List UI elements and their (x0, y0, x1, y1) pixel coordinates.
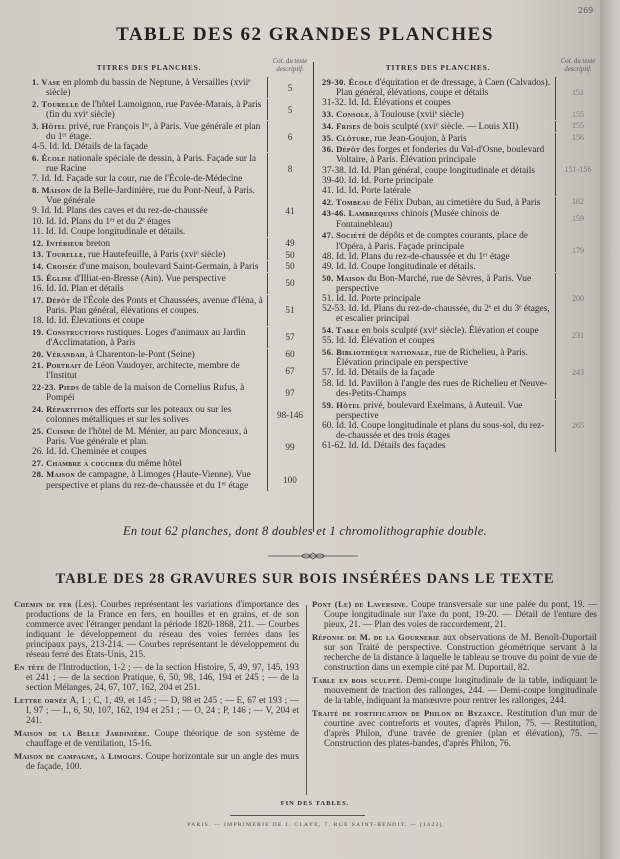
plate-entry-line: 24. Répartition des efforts sur les pote… (32, 404, 263, 425)
engraving-subject: Chemin de fer (14, 599, 72, 609)
engraving-entry: Réponse de M. de la Gournerie aux observ… (312, 632, 597, 672)
plate-entry-line: 47. Société de dépôts et de comptes cour… (322, 230, 551, 251)
plate-entry-row: 43-46. Lambrequins chinois (Musée chinoi… (320, 208, 600, 229)
plate-entry-line: 4-5. Id. Id. Détails de la façade (32, 142, 263, 152)
plate-description: nationale spéciale de dessin, à Paris. F… (46, 154, 256, 174)
plate-description: en bois sculpté (xviᵉ siècle). Élévation… (360, 326, 539, 336)
plate-entry-text: 14. Croisée d'une maison, boulevard Sain… (30, 261, 268, 272)
plate-entry-line: 49. Id. Id. Coupe longitudinale et détai… (322, 262, 551, 272)
plate-entry-row: 25. Cuisine de l'hôtel de M. Ménier, au … (30, 426, 312, 469)
plate-entry-text: 35. Clôture, rue Jean-Goujon, à Paris (320, 133, 556, 144)
engraving-subject: Maison de la Belle Jardinière (14, 728, 147, 738)
plate-entry-text: 28. Maison de campagne, à Limoges (Haute… (30, 469, 268, 490)
plate-entry-text: 36. Dépôt des forges et fonderies du Val… (320, 144, 556, 196)
plate-entry-text: 59. Hôtel privé, boulevard Exelmans, à A… (320, 400, 556, 452)
plate-entry-row: 34. Frises de bois sculpté (xviᵉ siècle.… (320, 121, 600, 132)
plate-subject: 17. Dépôt (32, 295, 70, 305)
plate-entry-text: 50. Maison du Bon-Marché, rue de Sèvres,… (320, 273, 556, 325)
plate-entry-line: 60. Id. Id. Coupe longitudinale et plans… (322, 421, 551, 441)
column-header: TITRES DES PLANCHES. Col. du texte descr… (30, 58, 312, 73)
plate-entry-line: 57. Id. Id. Détails de la façade (322, 368, 551, 378)
engraving-entry: Maison de campagne, à Limoges. Coupe hor… (14, 751, 299, 771)
plate-entry-line: 21. Portrait de Léon Vaudoyer, architect… (32, 360, 263, 381)
plate-description: d'une maison, boulevard Saint-Germain, à… (77, 262, 258, 272)
planches-list-left: 1. Vase en plomb du bassin de Neptune, à… (30, 77, 312, 491)
plate-description: , rue Hautefeuille, à Paris (xviᵉ siècle… (83, 250, 225, 260)
page-number: 269 (578, 6, 593, 15)
engraving-entry: En tête de l'Introduction, 1-2 ; — de la… (14, 662, 299, 692)
plate-description: 48. Id. Id. Plans du rez-de-chaussée et … (322, 252, 510, 262)
plate-subject: 21. Portrait (32, 360, 82, 370)
plate-page-ref: 100 (268, 475, 312, 485)
plate-description: 55. Id. Id. Élévation et coupes (322, 336, 434, 346)
page-col-header: Col. du texte descriptif. (556, 58, 600, 73)
plate-subject: 1. Vase (32, 77, 60, 87)
titles-header: TITRES DES PLANCHES. (30, 63, 268, 73)
plate-description: de l'hôtel Lamoignon, rue Pavée-Marais, … (46, 100, 261, 120)
plate-subject: 56. Bibliothèque nationale (322, 347, 429, 357)
plate-entry-row: 20. Vérandah, à Charenton-le-Pont (Seine… (30, 349, 312, 360)
plate-entry-line: 3. Hôtel privé, rue François Iᵉʳ, à Pari… (32, 121, 263, 142)
plate-entry-line: 27. Chambre à coucher du même hôtel (32, 458, 263, 469)
plate-description: 58. Id. Id. Pavillon à l'angle des rues … (322, 379, 547, 399)
plate-page-ref: 50 (268, 261, 312, 271)
plate-subject: 2. Tourelle (32, 99, 79, 109)
plate-description: breton (84, 239, 110, 249)
plate-subject: 24. Répartition (32, 404, 93, 414)
plate-entry-text: 43-46. Lambrequins chinois (Musée chinoi… (320, 208, 556, 229)
plate-entry-row: 35. Clôture, rue Jean-Goujon, à Paris156 (320, 133, 600, 144)
plate-subject: 43-46. Lambrequins (322, 208, 399, 218)
titles-header: TITRES DES PLANCHES. (320, 63, 556, 73)
planches-table-title: TABLE DES 62 GRANDES PLANCHES (0, 24, 610, 46)
plate-page-ref: 200 (556, 294, 600, 304)
plate-description: 49. Id. Id. Coupe longitudinale et détai… (322, 262, 476, 272)
plate-description: de l'hôtel de M. Ménier, au parc Monceau… (46, 427, 248, 447)
plate-entry-row: 6. École nationale spéciale de dessin, à… (30, 153, 312, 185)
plate-entry-line: 51. Id. Id. Porte principale (322, 294, 551, 304)
plate-subject: 28. Maison (32, 469, 75, 479)
plate-entry-line: 2. Tourelle de l'hôtel Lamoignon, rue Pa… (32, 99, 263, 120)
printer-imprint: PARIS. — IMPRIMERIE DE J. CLAYE, 7, RUE … (0, 822, 620, 828)
plate-subject: 36. Dépôt (322, 144, 360, 154)
plate-page-ref: 179 (556, 246, 600, 256)
gravures-column-left: Chemin de fer (Les). Courbes représentan… (14, 599, 299, 774)
plate-entry-line: 33. Console, à Toulouse (xviiᵉ siècle) (322, 109, 551, 120)
plate-entry-line: 28. Maison de campagne, à Limoges (Haute… (32, 469, 263, 490)
plate-entry-line: 54. Table en bois sculpté (xviᵉ siècle).… (322, 325, 551, 336)
plate-subject: 54. Table (322, 325, 360, 335)
plate-entry-row: 2. Tourelle de l'hôtel Lamoignon, rue Pa… (30, 99, 312, 120)
plate-entry-text: 47. Société de dépôts et de comptes cour… (320, 230, 556, 272)
plate-entry-text: 25. Cuisine de l'hôtel de M. Ménier, au … (30, 426, 268, 469)
plate-entry-line: 48. Id. Id. Plans du rez-de-chaussée et … (322, 252, 551, 262)
plate-description: 9. Id. Id. Plans des caves et du rez-de-… (32, 206, 208, 216)
plate-entry-text: 2. Tourelle de l'hôtel Lamoignon, rue Pa… (30, 99, 268, 120)
plate-page-ref: 60 (268, 349, 312, 359)
plate-entry-line: 1. Vase en plomb du bassin de Neptune, à… (32, 77, 263, 98)
plate-entry-text: 8. Maison de la Belle-Jardinière, rue du… (30, 185, 268, 237)
plate-subject: 27. Chambre à coucher (32, 458, 124, 468)
plate-entry-text: 3. Hôtel privé, rue François Iᵉʳ, à Pari… (30, 121, 268, 153)
plate-entry-text: 17. Dépôt de l'École des Ponts et Chauss… (30, 295, 268, 327)
plate-description: privé, rue François Iᵉʳ, à Paris. Vue gé… (46, 122, 260, 142)
book-page: 269 TABLE DES 62 GRANDES PLANCHES TITRES… (0, 0, 600, 859)
plate-page-ref: 162 (556, 197, 600, 207)
plate-entry-line: 19. Constructions rustiques. Loges d'ani… (32, 327, 263, 348)
plate-description: 7. Id. Id. Façade sur la cour, rue de l'… (32, 174, 242, 184)
plate-entry-row: 50. Maison du Bon-Marché, rue de Sèvres,… (320, 273, 600, 325)
engraving-entry: Table en bois sculpté. Demi-coupe longit… (312, 675, 597, 705)
plate-entry-text: 24. Répartition des efforts sur les pote… (30, 404, 268, 425)
plate-entry-line: 16. Id. Id. Plan et détails (32, 284, 263, 294)
plate-entry-line: 15. Église d'Illiat-en-Bresse (Ain). Vue… (32, 273, 263, 284)
plate-entry-row: 28. Maison de campagne, à Limoges (Haute… (30, 469, 312, 490)
plate-entry-row: 54. Table en bois sculpté (xviᵉ siècle).… (320, 325, 600, 346)
plate-entry-row: 13. Tourelle, rue Hautefeuille, à Paris … (30, 249, 312, 260)
plate-entry-text: 29-30. École d'équitation et de dressage… (320, 77, 556, 109)
planches-column-right: TITRES DES PLANCHES. Col. du texte descr… (320, 58, 600, 452)
plate-entry-line: 43-46. Lambrequins chinois (Musée chinoi… (322, 208, 551, 229)
plate-page-ref: 99 (268, 442, 312, 452)
plate-subject: 29-30. École (322, 77, 373, 87)
plate-description: , à Toulouse (xviiᵉ siècle) (369, 110, 464, 120)
engraving-description: de l'Introduction, 1-2 ; — de la section… (26, 662, 299, 692)
plate-subject: 15. Église (32, 273, 72, 283)
plate-description: 57. Id. Id. Détails de la façade (322, 368, 435, 378)
plate-subject: 6. École (32, 153, 66, 163)
plate-entry-line: 13. Tourelle, rue Hautefeuille, à Paris … (32, 249, 263, 260)
engraving-subject: Pont (Le) de Laversine (312, 599, 406, 609)
engraving-subject: Table en bois sculpté (312, 675, 400, 685)
plate-entry-text: 54. Table en bois sculpté (xviᵉ siècle).… (320, 325, 556, 346)
plate-entry-row: 33. Console, à Toulouse (xviiᵉ siècle)15… (320, 109, 600, 120)
plate-entry-line: 36. Dépôt des forges et fonderies du Val… (322, 144, 551, 165)
plate-page-ref: 41 (268, 206, 312, 216)
plate-description: 52-53. Id. Id. Plans du rez-de-chaussée,… (322, 304, 550, 324)
plate-subject: 19. Constructions (32, 327, 104, 337)
plate-page-ref: 243 (556, 368, 600, 378)
column-header: TITRES DES PLANCHES. Col. du texte descr… (320, 58, 600, 73)
plate-entry-line: 18. Id. Id. Élevations et coupe (32, 316, 263, 326)
engraving-subject: Lettre ornée (14, 695, 67, 705)
plate-description: 31-32. Id. Id. Élévations et coupes (322, 98, 451, 108)
plate-entry-row: 56. Bibliothèque nationale, rue de Riche… (320, 347, 600, 399)
plate-entry-line: 56. Bibliothèque nationale, rue de Riche… (322, 347, 551, 368)
plate-description: 41. Id. Id. Porte latérale (322, 186, 411, 196)
plate-description: 51. Id. Id. Porte principale (322, 294, 421, 304)
plate-entry-line: 31-32. Id. Id. Élévations et coupes (322, 98, 551, 108)
plate-page-ref: 50 (268, 250, 312, 260)
plate-entry-text: 12. Intérieur breton (30, 238, 268, 249)
plate-description: 37-38. Id. Id. Plan général, coupe longi… (322, 166, 535, 176)
plate-page-ref: 159 (556, 214, 600, 224)
book-spine-shadow (600, 0, 620, 859)
planches-list-right: 29-30. École d'équitation et de dressage… (320, 77, 600, 452)
plate-page-ref: 5 (268, 83, 312, 93)
plate-entry-line: 26. Id. Id. Cheminée et coupes (32, 447, 263, 457)
plate-subject: 20. Vérandah (32, 349, 85, 359)
plate-subject: 42. Tombeau (322, 197, 371, 207)
engraving-subject: Traité de fortification de Philon de Byz… (312, 708, 501, 718)
plate-entry-line: 25. Cuisine de l'hôtel de M. Ménier, au … (32, 426, 263, 447)
plate-entry-text: 19. Constructions rustiques. Loges d'ani… (30, 327, 268, 348)
plate-entry-line: 41. Id. Id. Porte latérale (322, 186, 551, 196)
plate-description: 26. Id. Id. Cheminée et coupes (32, 447, 147, 457)
plate-description: de la Belle-Jardinière, rue du Pont-Neuf… (46, 186, 255, 206)
plate-entry-line: 58. Id. Id. Pavillon à l'angle des rues … (322, 379, 551, 399)
plate-entry-row: 22-23. Pieds de table de la maison de Co… (30, 382, 312, 403)
plate-entry-line: 6. École nationale spéciale de dessin, à… (32, 153, 263, 174)
plate-subject: 35. Clôture (322, 133, 370, 143)
planches-summary: En tout 62 planches, dont 8 doubles et 1… (0, 524, 610, 539)
engraving-description: A, 1 ; C, 1, 49, et 145 ; — D, 98 et 245… (26, 695, 299, 725)
plate-subject: 22-23. Pieds (32, 382, 79, 392)
plate-entry-line: 52-53. Id. Id. Plans du rez-de-chaussée,… (322, 304, 551, 324)
plate-entry-row: 36. Dépôt des forges et fonderies du Val… (320, 144, 600, 196)
plate-entry-row: 42. Tombeau de Félix Duban, au cimetière… (320, 197, 600, 208)
plate-page-ref: 51 (268, 305, 312, 315)
plate-page-ref: 97 (268, 388, 312, 398)
engraving-subject: Réponse de M. de la Gournerie (312, 632, 440, 642)
plate-description: du même hôtel (124, 459, 182, 469)
plate-entry-line: 7. Id. Id. Façade sur la cour, rue de l'… (32, 174, 263, 184)
engraving-subject: En tête (14, 662, 45, 672)
engraving-entry: Maison de la Belle Jardinière. Coupe thé… (14, 728, 299, 748)
engraving-entry: Traité de fortification de Philon de Byz… (312, 708, 597, 748)
plate-page-ref: 57 (268, 332, 312, 342)
plate-description: des forges et fonderies du Val-d'Osne, b… (336, 145, 544, 165)
plate-page-ref: 6 (268, 132, 312, 142)
plate-entry-line: 22-23. Pieds de table de la maison de Co… (32, 382, 263, 403)
plate-description: en plomb du bassin de Neptune, à Versail… (46, 78, 251, 98)
plate-entry-line: 11. Id. Id. Coupe longitudinale et détai… (32, 227, 263, 237)
plate-page-ref: 265 (556, 421, 600, 431)
plate-entry-text: 56. Bibliothèque nationale, rue de Riche… (320, 347, 556, 399)
plate-description: du Bon-Marché, rue de Sèvres, à Paris. V… (336, 274, 531, 294)
plate-subject: 13. Tourelle (32, 249, 83, 259)
plate-entry-line: 12. Intérieur breton (32, 238, 263, 249)
plate-description: d'Illiat-en-Bresse (Ain). Vue perspectiv… (72, 274, 226, 284)
plate-page-ref: 151 (556, 88, 600, 98)
gravures-table-title: TABLE DES 28 GRAVURES SUR BOIS INSÉRÉES … (0, 571, 610, 588)
plate-entry-line: 50. Maison du Bon-Marché, rue de Sèvres,… (322, 273, 551, 294)
plate-description: de bois sculpté (xviᵉ siècle. — Louis XI… (360, 122, 518, 132)
plate-entry-text: 6. École nationale spéciale de dessin, à… (30, 153, 268, 185)
plate-page-ref: 5 (268, 105, 312, 115)
column-divider (306, 605, 307, 795)
plate-entry-text: 33. Console, à Toulouse (xviiᵉ siècle) (320, 109, 556, 120)
plate-entry-line: 35. Clôture, rue Jean-Goujon, à Paris (322, 133, 551, 144)
plate-subject: 12. Intérieur (32, 238, 84, 248)
plate-page-ref: 98-146 (268, 410, 312, 420)
engraving-entry: Lettre ornée A, 1 ; C, 1, 49, et 145 ; —… (14, 695, 299, 725)
plate-description: 39-40. Id. Id. Porte principale (322, 176, 433, 186)
end-of-tables: FIN DES TABLES. (0, 800, 620, 807)
plate-entry-text: 20. Vérandah, à Charenton-le-Pont (Seine… (30, 349, 268, 360)
plate-page-ref: 67 (268, 366, 312, 376)
plate-entry-row: 17. Dépôt de l'École des Ponts et Chauss… (30, 295, 312, 327)
plate-page-ref: 8 (268, 164, 312, 174)
planches-column-left: TITRES DES PLANCHES. Col. du texte descr… (30, 58, 312, 491)
plate-description: 61-62. Id. Id. Détails des façades (322, 441, 445, 451)
plate-entry-line: 14. Croisée d'une maison, boulevard Sain… (32, 261, 263, 272)
page-col-header: Col. du texte descriptif. (268, 58, 312, 73)
gravures-column-right: Pont (Le) de Laversine. Coupe transversa… (312, 599, 597, 751)
plate-entry-line: 17. Dépôt de l'École des Ponts et Chauss… (32, 295, 263, 316)
plate-entry-line: 55. Id. Id. Élévation et coupes (322, 336, 551, 346)
plate-entry-row: 8. Maison de la Belle-Jardinière, rue du… (30, 185, 312, 237)
plate-entry-line: 37-38. Id. Id. Plan général, coupe longi… (322, 166, 551, 176)
plate-subject: 14. Croisée (32, 261, 77, 271)
plate-description: de campagne, à Limoges (Haute-Vienne). V… (46, 470, 251, 490)
plate-entry-line: 20. Vérandah, à Charenton-le-Pont (Seine… (32, 349, 263, 360)
plate-page-ref: 155 (556, 121, 600, 131)
engraving-subject: Maison de campagne, à Limoges (14, 751, 141, 761)
plate-subject: 8. Maison (32, 185, 70, 195)
plate-subject: 33. Console (322, 109, 369, 119)
plate-page-ref: 49 (268, 238, 312, 248)
plate-entry-line: 39-40. Id. Id. Porte principale (322, 176, 551, 186)
plate-description: , rue Jean-Goujon, à Paris (370, 134, 467, 144)
plate-description: 60. Id. Id. Coupe longitudinale et plans… (322, 421, 544, 441)
plate-entry-line: 10. Id. Id. Plans du 1ᵉʳ et du 2ᵉ étages (32, 217, 263, 227)
plate-entry-row: 47. Société de dépôts et de comptes cour… (320, 230, 600, 272)
plate-description: 16. Id. Id. Plan et détails (32, 284, 124, 294)
plate-entry-row: 14. Croisée d'une maison, boulevard Sain… (30, 261, 312, 272)
plate-page-ref: 155 (556, 110, 600, 120)
plate-entry-line: 29-30. École d'équitation et de dressage… (322, 77, 551, 98)
plate-entry-row: 3. Hôtel privé, rue François Iᵉʳ, à Pari… (30, 121, 312, 153)
plate-description: 11. Id. Id. Coupe longitudinale et détai… (32, 227, 185, 237)
plate-subject: 25. Cuisine (32, 426, 75, 436)
plate-entry-line: 59. Hôtel privé, boulevard Exelmans, à A… (322, 400, 551, 421)
plate-entry-line: 8. Maison de la Belle-Jardinière, rue du… (32, 185, 263, 206)
plate-entry-line: 42. Tombeau de Félix Duban, au cimetière… (322, 197, 551, 208)
plate-description: 18. Id. Id. Élevations et coupe (32, 316, 144, 326)
plate-entry-row: 59. Hôtel privé, boulevard Exelmans, à A… (320, 400, 600, 452)
plate-description: 10. Id. Id. Plans du 1ᵉʳ et du 2ᵉ étages (32, 217, 171, 227)
plate-entry-text: 42. Tombeau de Félix Duban, au cimetière… (320, 197, 556, 208)
plate-entry-line: 34. Frises de bois sculpté (xviᵉ siècle.… (322, 121, 551, 132)
plate-page-ref: 50 (268, 278, 312, 288)
plate-entry-row: 29-30. École d'équitation et de dressage… (320, 77, 600, 109)
plate-entry-text: 15. Église d'Illiat-en-Bresse (Ain). Vue… (30, 273, 268, 294)
footer-rule (230, 815, 365, 816)
plate-entry-row: 21. Portrait de Léon Vaudoyer, architect… (30, 360, 312, 381)
plate-subject: 34. Frises (322, 121, 360, 131)
plate-description: privé, boulevard Exelmans, à Auteuil. Vu… (336, 401, 522, 421)
plate-subject: 59. Hôtel (322, 400, 361, 410)
plate-entry-line: 61-62. Id. Id. Détails des façades (322, 441, 551, 451)
plate-entry-text: 22-23. Pieds de table de la maison de Co… (30, 382, 268, 403)
plate-page-ref: 156 (556, 133, 600, 143)
plate-description: , à Charenton-le-Pont (Seine) (85, 350, 195, 360)
plate-entry-row: 1. Vase en plomb du bassin de Neptune, à… (30, 77, 312, 98)
plate-page-ref: 231 (556, 331, 600, 341)
plate-entry-row: 15. Église d'Illiat-en-Bresse (Ain). Vue… (30, 273, 312, 294)
plate-description: 4-5. Id. Id. Détails de la façade (32, 142, 148, 152)
plate-entry-text: 1. Vase en plomb du bassin de Neptune, à… (30, 77, 268, 98)
plate-entry-text: 13. Tourelle, rue Hautefeuille, à Paris … (30, 249, 268, 260)
plate-entry-text: 21. Portrait de Léon Vaudoyer, architect… (30, 360, 268, 381)
plate-entry-line: 9. Id. Id. Plans des caves et du rez-de-… (32, 206, 263, 216)
plate-description: de l'École des Ponts et Chaussées, avenu… (46, 296, 263, 316)
engraving-entry: Pont (Le) de Laversine. Coupe transversa… (312, 599, 597, 629)
engraving-entry: Chemin de fer (Les). Courbes représentan… (14, 599, 299, 659)
column-divider (313, 62, 314, 532)
plate-description: de Félix Duban, au cimetière du Sud, à P… (371, 198, 541, 208)
plate-subject: 47. Société (322, 230, 366, 240)
plate-subject: 50. Maison (322, 273, 365, 283)
plate-entry-row: 19. Constructions rustiques. Loges d'ani… (30, 327, 312, 348)
plate-subject: 3. Hôtel (32, 121, 66, 131)
plate-entry-row: 12. Intérieur breton49 (30, 238, 312, 249)
plate-entry-text: 34. Frises de bois sculpté (xviᵉ siècle.… (320, 121, 556, 132)
plate-entry-row: 24. Répartition des efforts sur les pote… (30, 404, 312, 425)
ornament-divider-icon (268, 552, 358, 560)
plate-page-ref: 151-156 (556, 165, 600, 175)
